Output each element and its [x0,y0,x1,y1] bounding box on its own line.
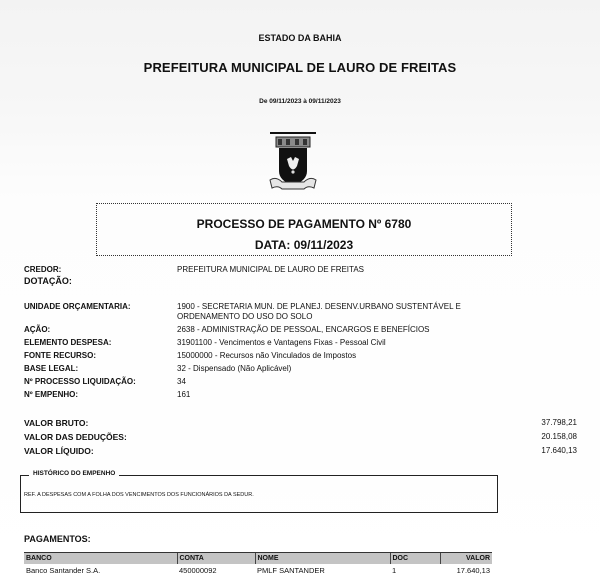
payment-process-document: ESTADO DA BAHIA PREFEITURA MUNICIPAL DE … [0,0,600,586]
process-title-box: PROCESSO DE PAGAMENTO Nº 6780 DATA: 09/1… [96,203,512,256]
valor-deducoes-label: VALOR DAS DEDUÇÕES: [24,432,127,442]
processo-liquidacao-label: Nº PROCESSO LIQUIDAÇÃO: [24,377,136,386]
period-range: De 09/11/2023 à 09/11/2023 [0,98,600,105]
valor-liquido-label: VALOR LÍQUIDO: [24,446,94,456]
base-legal-label: BASE LEGAL: [24,364,78,373]
credor-value: PREFEITURA MUNICIPAL DE LAURO DE FREITAS [177,265,537,275]
table-header-row: BANCO CONTA NOME DOC VALOR [24,553,492,564]
column-header-valor: VALOR [440,553,492,564]
state-heading: ESTADO DA BAHIA [0,33,600,43]
valor-bruto-value: 37.798,21 [541,418,577,427]
historico-title: HISTÓRICO DO EMPENHO [29,470,119,477]
processo-liquidacao-value: 34 [177,377,537,387]
cell-conta: 450000092 [177,564,255,577]
cell-doc: 1 [390,564,440,577]
coat-of-arms-icon [262,128,324,194]
empenho-label: Nº EMPENHO: [24,390,78,399]
cell-valor: 17.640,13 [440,564,492,577]
process-date: DATA: 09/11/2023 [97,238,511,252]
column-header-conta: CONTA [177,553,255,564]
cell-nome: PMLF SANTANDER [255,564,390,577]
process-number: PROCESSO DE PAGAMENTO Nº 6780 [97,217,511,231]
acao-value: 2638 - ADMINISTRAÇÃO DE PESSOAL, ENCARGO… [177,325,537,335]
valor-bruto-label: VALOR BRUTO: [24,418,88,428]
unidade-label: UNIDADE ORÇAMENTARIA: [24,302,131,311]
pagamentos-title: PAGAMENTOS: [24,534,91,544]
valor-deducoes-value: 20.158,08 [541,432,577,441]
base-legal-value: 32 - Dispensado (Não Aplicável) [177,364,537,374]
pagamentos-table: BANCO CONTA NOME DOC VALOR Banco Santand… [24,552,492,577]
fonte-label: FONTE RECURSO: [24,351,96,360]
unidade-value-line2: ORDENAMENTO DO USO DO SOLO [177,312,537,322]
fonte-value: 15000000 - Recursos não Vinculados de Im… [177,351,537,361]
unidade-value-line1: 1900 - SECRETARIA MUN. DE PLANEJ. DESENV… [177,302,537,312]
acao-label: AÇÃO: [24,325,50,334]
empenho-value: 161 [177,390,537,400]
municipality-heading: PREFEITURA MUNICIPAL DE LAURO DE FREITAS [0,60,600,75]
table-row: Banco Santander S.A. 450000092 PMLF SANT… [24,564,492,577]
credor-label: CREDOR: [24,265,61,274]
elemento-value: 31901100 - Vencimentos e Vantagens Fixas… [177,338,537,348]
column-header-nome: NOME [255,553,390,564]
cell-banco: Banco Santander S.A. [24,564,177,577]
historico-text: REF. A DESPESAS COM A FOLHA DOS VENCIMEN… [24,492,254,498]
dotacao-label: DOTAÇÃO: [24,276,72,286]
valor-liquido-value: 17.640,13 [541,446,577,455]
elemento-label: ELEMENTO DESPESA: [24,338,111,347]
historico-box: HISTÓRICO DO EMPENHO REF. A DESPESAS COM… [20,475,498,513]
column-header-doc: DOC [390,553,440,564]
column-header-banco: BANCO [24,553,177,564]
